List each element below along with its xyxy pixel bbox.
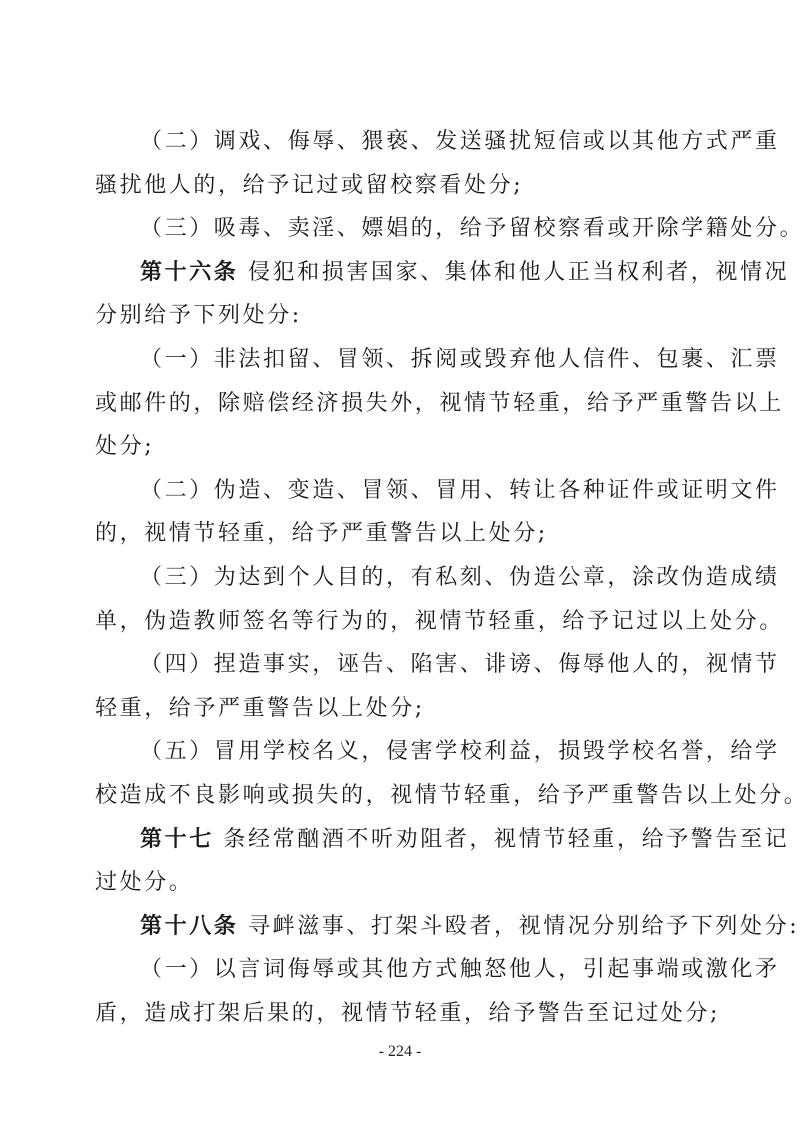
document-page: （二）调戏、侮辱、猥亵、发送骚扰短信或以其他方式严重骚扰他人的，给予记过或留校察…: [0, 0, 800, 1131]
text-line: 分别给予下列处分:: [95, 294, 715, 337]
text-line: （二）调戏、侮辱、猥亵、发送骚扰短信或以其他方式严重: [140, 120, 715, 163]
text-line: 轻重，给予严重警告以上处分;: [95, 687, 715, 730]
text-line: 校造成不良影响或损失的，视情节轻重，给予严重警告以上处分。: [95, 774, 715, 817]
text-line: （二）伪造、变造、冒领、冒用、转让各种证件或证明文件: [140, 469, 715, 512]
text-line: 过处分。: [95, 861, 715, 904]
line-text: （五）冒用学校名义，侵害学校利益，损毁学校名誉，给学: [140, 739, 780, 764]
text-line: （三）吸毒、卖淫、嫖娼的，给予留校察看或开除学籍处分。: [140, 207, 715, 250]
line-text: 单，伪造教师签名等行为的，视情节轻重，给予记过以上处分。: [95, 609, 784, 634]
line-text: 的，视情节轻重，给予严重警告以上处分;: [95, 521, 548, 546]
line-text: 或邮件的，除赔偿经济损失外，视情节轻重，给予严重警告以上: [95, 391, 784, 416]
text-line: （一）以言词侮辱或其他方式触怒他人，引起事端或激化矛: [140, 948, 715, 991]
line-text: （一）非法扣留、冒领、拆阅或毁弃他人信件、包裹、汇票: [140, 347, 780, 372]
text-line: 或邮件的，除赔偿经济损失外，视情节轻重，给予严重警告以上: [95, 382, 715, 425]
text-line: 第十六条 侵犯和损害国家、集体和他人正当权利者，视情况: [140, 251, 715, 294]
article-number: 第十八条: [140, 913, 238, 939]
text-line: （三）为达到个人目的，有私刻、伪造公章，涂改伪造成绩: [140, 556, 715, 599]
line-text: 骚扰他人的，给予记过或留校察看处分;: [95, 173, 523, 198]
text-line: （一）非法扣留、冒领、拆阅或毁弃他人信件、包裹、汇票: [140, 338, 715, 381]
text-line: （五）冒用学校名义，侵害学校利益，损毁学校名誉，给学: [140, 730, 715, 773]
line-text: 处分;: [95, 434, 154, 459]
text-line: 处分;: [95, 425, 715, 468]
line-text: 盾，造成打架后果的，视情节轻重，给予警告至记过处分;: [95, 1001, 720, 1026]
line-text: （三）为达到个人目的，有私刻、伪造公章，涂改伪造成绩: [140, 565, 780, 590]
page-number: - 224 -: [0, 1043, 800, 1061]
article-number: 第十六条: [140, 259, 238, 285]
text-line: 第十八条 寻衅滋事、打架斗殴者，视情况分别给予下列处分:: [140, 905, 715, 948]
line-text: 寻衅滋事、打架斗殴者，视情况分别给予下列处分:: [238, 914, 799, 939]
text-line: 的，视情节轻重，给予严重警告以上处分;: [95, 512, 715, 555]
text-line: （四）捏造事实，诬告、陷害、诽谤、侮辱他人的，视情节: [140, 643, 715, 686]
line-text: 分别给予下列处分:: [95, 303, 302, 328]
text-line: 骚扰他人的，给予记过或留校察看处分;: [95, 164, 715, 207]
line-text: （二）调戏、侮辱、猥亵、发送骚扰短信或以其他方式严重: [140, 129, 780, 154]
article-number: 第十七: [140, 826, 214, 852]
line-text: （三）吸毒、卖淫、嫖娼的，给予留校察看或开除学籍处分。: [140, 216, 800, 241]
line-text: 校造成不良影响或损失的，视情节轻重，给予严重警告以上处分。: [95, 783, 800, 808]
line-text: 侵犯和损害国家、集体和他人正当权利者，视情况: [238, 260, 789, 285]
line-text: （四）捏造事实，诬告、陷害、诽谤、侮辱他人的，视情节: [140, 652, 780, 677]
text-line: 单，伪造教师签名等行为的，视情节轻重，给予记过以上处分。: [95, 600, 715, 643]
line-text: 过处分。: [95, 870, 193, 895]
line-text: （二）伪造、变造、冒领、冒用、转让各种证件或证明文件: [140, 478, 780, 503]
line-text: 条经常酗酒不听劝阻者，视情节轻重，给予警告至记: [214, 827, 789, 852]
line-text: （一）以言词侮辱或其他方式触怒他人，引起事端或激化矛: [140, 957, 780, 982]
text-line: 盾，造成打架后果的，视情节轻重，给予警告至记过处分;: [95, 992, 715, 1035]
line-text: 轻重，给予严重警告以上处分;: [95, 696, 425, 721]
text-line: 第十七 条经常酗酒不听劝阻者，视情节轻重，给予警告至记: [140, 818, 715, 861]
